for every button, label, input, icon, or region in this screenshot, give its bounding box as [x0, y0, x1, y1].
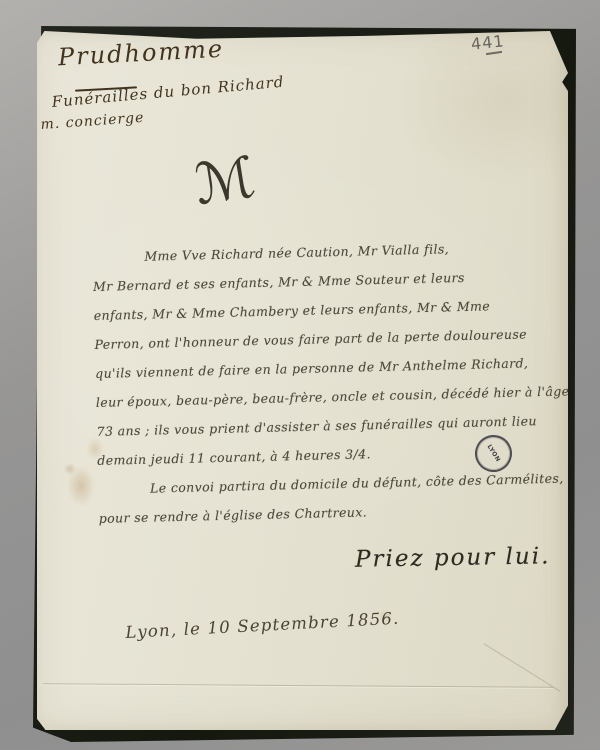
- library-stamp-text: LYON: [485, 444, 501, 464]
- monogram-m: ℳ: [190, 145, 259, 219]
- closing-line: Priez pour lui.: [355, 543, 551, 572]
- handwritten-name: Prudhomme: [57, 35, 224, 72]
- scanned-document-scene: Prudhomme Funérailles du bon Richard m. …: [0, 0, 600, 750]
- letter-paper: Prudhomme Funérailles du bon Richard m. …: [37, 31, 568, 730]
- handwritten-note-line2: m. concierge: [40, 110, 145, 133]
- paper-crease: [43, 683, 553, 688]
- letter-body: Mme Vve Richard née Caution, Mr Vialla f…: [92, 232, 567, 533]
- dateline: Lyon, le 10 Septembre 1856.: [125, 609, 400, 642]
- paper-corner-crease: [484, 643, 561, 692]
- handwritten-note-line1: Funérailles du bon Richard: [51, 73, 285, 111]
